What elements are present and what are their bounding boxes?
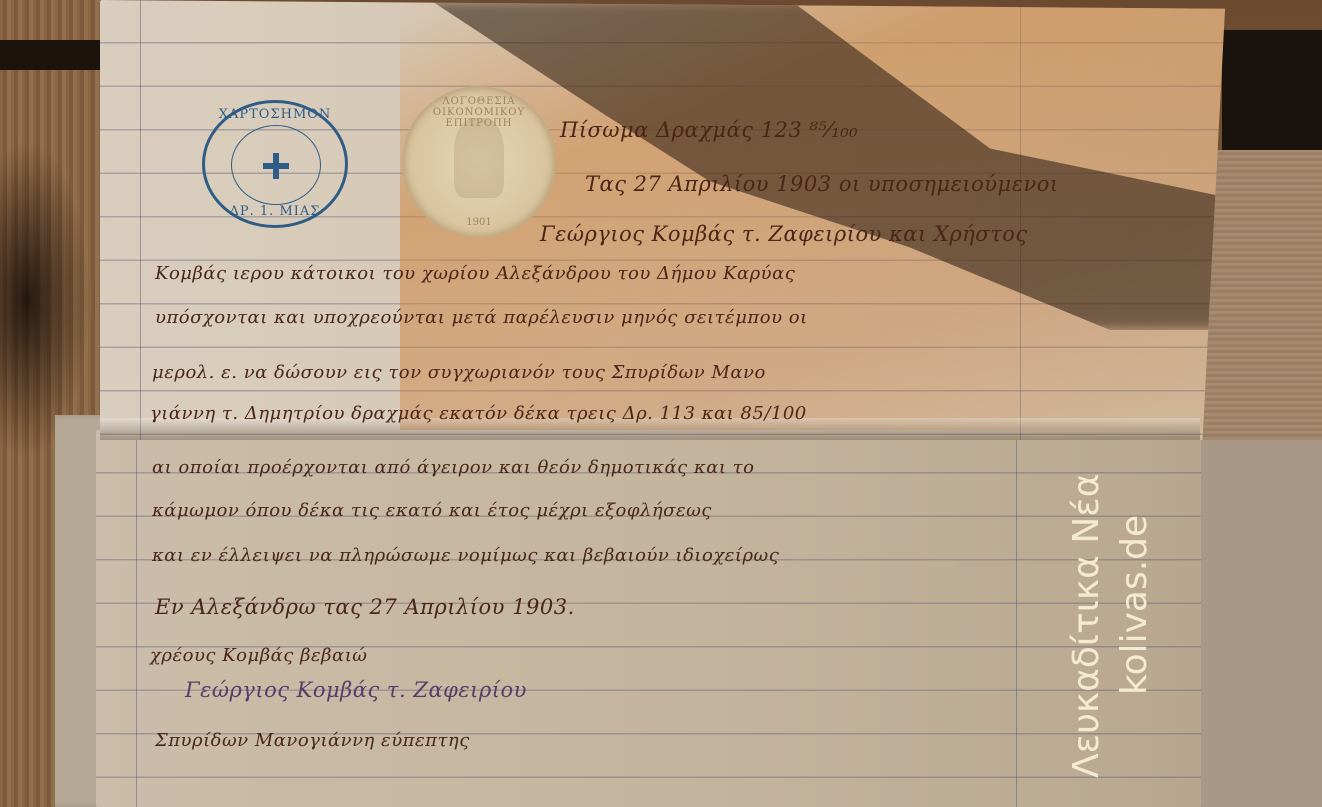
handwriting-line-4: Κομβάς ιερου κάτοικοι του χωρίου Αλεξάνδ… <box>155 263 795 284</box>
handwriting-line-9: κάμωμον όπου δέκα τις εκατό και έτος μέχ… <box>152 500 712 521</box>
cardboard-background <box>1200 150 1322 440</box>
cast-shadow <box>0 140 90 460</box>
handwriting-line-6: μερολ. ε. να δώσουν εις τον συγχωριανόν … <box>152 362 766 383</box>
cardboard-background-lower <box>1190 440 1322 807</box>
coat-of-arms-icon <box>261 151 291 181</box>
handwriting-line-7: γιάννη τ. Δημητρίου δραχμάς εκατόν δέκα … <box>150 403 807 424</box>
witness-line: χρέους Κομβάς βεβαιώ <box>150 645 367 666</box>
handwriting-line-1: Πίσωμα Δραχμάς 123 ⁸⁵⁄₁₀₀ <box>560 118 858 142</box>
left-margin-line <box>136 430 137 807</box>
handwriting-line-10: και εν έλλειψει να πληρώσωμε νομίμως και… <box>152 545 779 566</box>
right-margin-line <box>1016 430 1017 807</box>
seal-year: 1901 <box>404 217 554 228</box>
signature-1: Γεώργιος Κομβάς τ. Ζαφειρίου <box>185 678 527 702</box>
handwriting-date-line: Εν Αλεξάνδρω τας 27 Απριλίου 1903. <box>155 595 575 619</box>
stamp-top-text: ΧΑΡΤΟΣΗΜΟΝ <box>205 107 345 122</box>
left-margin-line <box>140 0 141 440</box>
handwriting-line-8: αι οποίαι προέρχονται από άγειρον και θε… <box>152 457 754 478</box>
stamp-bottom-text: ΔΡ. 1. ΜΙΑΣ <box>205 204 345 219</box>
handwriting-line-2: Τας 27 Απριλίου 1903 οι υποσημειούμενοι <box>585 172 1059 196</box>
embossed-seal: ΛΟΓΟΘΕΣΙΑ ΟΙΚΟΝΟΜΙΚΟΥ ΕΠΙΤΡΟΠΗ 1901 <box>402 86 556 238</box>
handwriting-line-3: Γεώργιος Κομβάς τ. Ζαφειρίου και Χρήστος <box>540 222 1028 246</box>
watermark: Λευκαδίτικα Νέα kolivas.de <box>1062 360 1182 780</box>
handwriting-line-5: υπόσχονται και υποχρεούνται μετά παρέλευ… <box>155 307 808 328</box>
seated-figure-icon <box>454 118 504 198</box>
dark-gap <box>0 40 110 70</box>
revenue-stamp: ΧΑΡΤΟΣΗΜΟΝ ΔΡ. 1. ΜΙΑΣ <box>202 100 348 228</box>
signature-2: Σπυρίδων Μανογιάννη εύπεπτης <box>155 730 470 751</box>
watermark-line-2: kolivas.de <box>1114 515 1155 695</box>
watermark-line-1: Λευκαδίτικα Νέα <box>1066 474 1107 778</box>
dark-gap-right <box>1222 30 1322 150</box>
